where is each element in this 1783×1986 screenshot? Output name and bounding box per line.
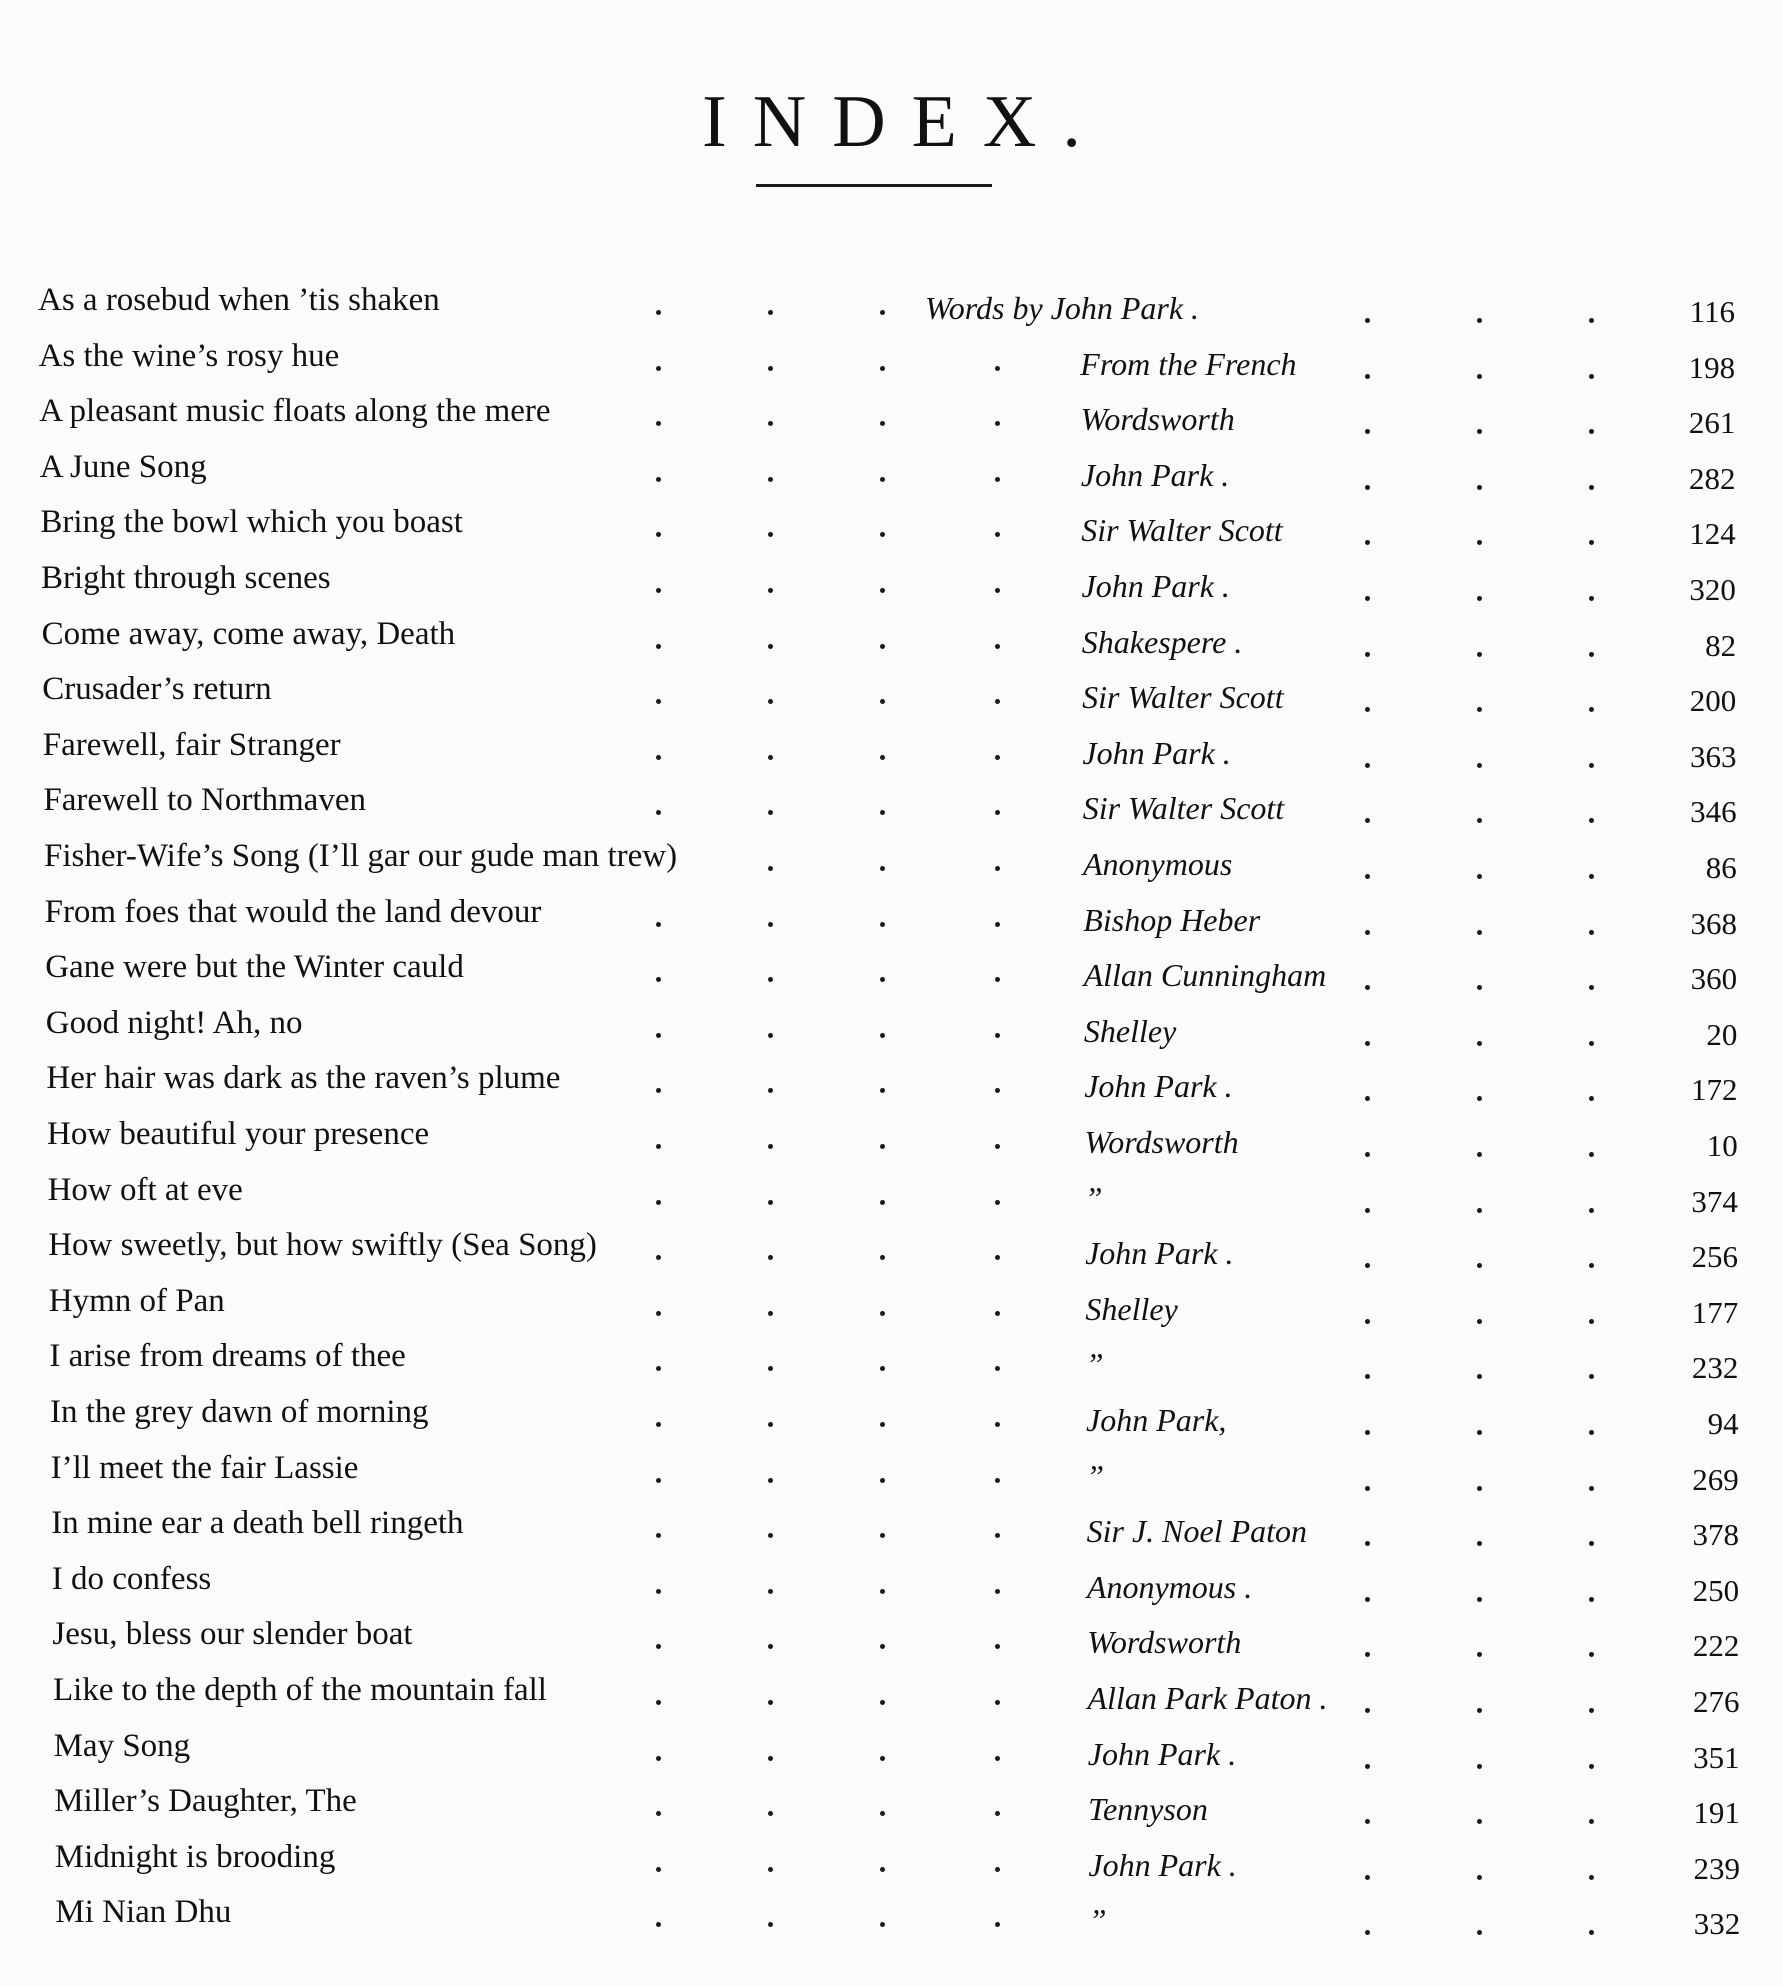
leader-dot <box>995 810 1000 815</box>
leader-dot <box>1477 1486 1482 1491</box>
leader-dot <box>995 1033 1000 1038</box>
leader-dot <box>1477 1041 1482 1046</box>
leader-dot <box>1589 1152 1594 1157</box>
song-title: As a rosebud when ’tis shaken <box>38 282 440 319</box>
page-number: 269 <box>1649 1462 1739 1498</box>
author-name: Sir Walter Scott <box>1082 679 1283 716</box>
leader-dot <box>1365 763 1370 768</box>
song-title: Mi Nian Dhu <box>55 1894 231 1931</box>
leader-dot <box>1589 1930 1594 1935</box>
leader-dot <box>768 1144 773 1149</box>
leader-dot <box>1477 596 1482 601</box>
leader-dot <box>1365 596 1370 601</box>
leader-dot <box>1365 1374 1370 1379</box>
index-entry: As the wine’s rosy hueFrom the French198 <box>0 338 1783 394</box>
leader-dot <box>880 1589 885 1594</box>
leader-dot <box>1589 1764 1594 1769</box>
leader-dot <box>656 310 661 315</box>
leader-dot <box>1589 1374 1594 1379</box>
leader-dot <box>1477 540 1482 545</box>
page-number: 177 <box>1648 1295 1738 1331</box>
index-entry: Gane were but the Winter cauldAllan Cunn… <box>0 949 1783 1005</box>
leader-dot <box>768 1700 773 1705</box>
page-number: 232 <box>1648 1350 1738 1386</box>
index-entry: Bright through scenesJohn Park .320 <box>0 560 1783 616</box>
index-entry: As a rosebud when ’tis shakenWords by Jo… <box>0 282 1783 338</box>
leader-dot <box>995 477 1000 482</box>
leader-dot <box>656 532 661 537</box>
song-title: Crusader’s return <box>42 671 271 708</box>
page-number: 378 <box>1649 1517 1739 1553</box>
song-title: Fisher-Wife’s Song (I’ll gar our gude ma… <box>44 838 677 875</box>
leader-dot <box>1477 1875 1482 1880</box>
leader-dot <box>768 588 773 593</box>
author-name: Wordsworth <box>1087 1624 1241 1661</box>
leader-dot <box>1589 540 1594 545</box>
leader-dot <box>995 1756 1000 1761</box>
author-name: John Park . <box>1084 1068 1232 1105</box>
page-number: 320 <box>1646 572 1736 608</box>
leader-dot <box>1477 374 1482 379</box>
leader-dot <box>880 810 885 815</box>
leader-dot <box>768 1033 773 1038</box>
leader-dot <box>1589 874 1594 879</box>
leader-dot <box>656 1088 661 1093</box>
page-number: 374 <box>1648 1184 1738 1220</box>
song-title: A June Song <box>40 449 207 486</box>
leader-dot <box>880 1478 885 1483</box>
page-number: 172 <box>1648 1072 1738 1108</box>
leader-dot <box>656 922 661 927</box>
leader-dot <box>1365 1208 1370 1213</box>
leader-dot <box>880 1255 885 1260</box>
leader-dot <box>1589 596 1594 601</box>
page-number: 222 <box>1649 1628 1739 1664</box>
page-number: 124 <box>1646 516 1736 552</box>
leader-dot <box>995 1144 1000 1149</box>
leader-dot <box>1589 1597 1594 1602</box>
leader-dot <box>1365 1597 1370 1602</box>
leader-dot <box>995 1200 1000 1205</box>
leader-dot <box>995 1088 1000 1093</box>
song-title: In the grey dawn of morning <box>50 1394 429 1431</box>
leader-dot <box>1365 1875 1370 1880</box>
author-name: Wordsworth <box>1081 401 1235 438</box>
leader-dot <box>1477 1708 1482 1713</box>
song-title: How oft at eve <box>48 1172 243 1209</box>
song-title: Miller’s Daughter, The <box>54 1783 357 1820</box>
leader-dot <box>1589 1208 1594 1213</box>
leader-dot <box>768 1922 773 1927</box>
leader-dot <box>1365 1930 1370 1935</box>
leader-dot <box>995 699 1000 704</box>
leader-dot <box>995 588 1000 593</box>
page-number: 332 <box>1650 1906 1740 1942</box>
leader-dot <box>1477 1263 1482 1268</box>
leader-dot <box>656 1811 661 1816</box>
leader-dot <box>656 1255 661 1260</box>
index-entry: In mine ear a death bell ringethSir J. N… <box>0 1505 1783 1561</box>
leader-dot <box>768 1088 773 1093</box>
song-title: I arise from dreams of thee <box>49 1338 405 1375</box>
leader-dot <box>1589 652 1594 657</box>
leader-dot <box>995 1644 1000 1649</box>
page-number: 276 <box>1650 1684 1740 1720</box>
leader-dot <box>995 1311 1000 1316</box>
author-name: Tennyson <box>1088 1791 1208 1828</box>
leader-dot <box>1365 318 1370 323</box>
leader-dot <box>1477 1930 1482 1935</box>
leader-dot <box>768 1422 773 1427</box>
leader-dot <box>656 699 661 704</box>
leader-dot <box>768 532 773 537</box>
leader-dot <box>880 1867 885 1872</box>
leader-dot <box>1365 1541 1370 1546</box>
leader-dot <box>1365 985 1370 990</box>
leader-dot <box>768 866 773 871</box>
leader-dot <box>880 1533 885 1538</box>
leader-dot <box>1365 1819 1370 1824</box>
leader-dot <box>995 366 1000 371</box>
leader-dot <box>656 1200 661 1205</box>
leader-dot <box>768 1255 773 1260</box>
leader-dot <box>656 1589 661 1594</box>
leader-dot <box>1477 1597 1482 1602</box>
leader-dot <box>995 421 1000 426</box>
leader-dot <box>768 810 773 815</box>
leader-dot <box>1477 1541 1482 1546</box>
leader-dot <box>656 588 661 593</box>
author-name: Allan Park Paton . <box>1088 1680 1328 1717</box>
song-title: I do confess <box>52 1561 211 1598</box>
leader-dot <box>1589 1819 1594 1824</box>
leader-dot <box>1589 985 1594 990</box>
leader-dot <box>995 1422 1000 1427</box>
leader-dot <box>656 977 661 982</box>
leader-dot <box>1589 930 1594 935</box>
leader-dot <box>880 922 885 927</box>
leader-dot <box>880 532 885 537</box>
page-number: 368 <box>1647 906 1737 942</box>
leader-dot <box>880 1644 885 1649</box>
index-entry: A June SongJohn Park .282 <box>0 449 1783 505</box>
index-entry: Fisher-Wife’s Song (I’ll gar our gude ma… <box>0 838 1783 894</box>
leader-dot <box>1589 1041 1594 1046</box>
author-name: John Park . <box>1082 568 1230 605</box>
leader-dot <box>880 477 885 482</box>
leader-dot <box>880 1756 885 1761</box>
index-entry: Her hair was dark as the raven’s plumeJo… <box>0 1060 1783 1116</box>
leader-dot <box>656 1867 661 1872</box>
song-title: How beautiful your presence <box>47 1116 429 1153</box>
leader-dot <box>768 1200 773 1205</box>
leader-dot <box>995 1533 1000 1538</box>
leader-dot <box>656 1533 661 1538</box>
leader-dot <box>1589 763 1594 768</box>
page-number: 20 <box>1647 1017 1737 1053</box>
leader-dot <box>656 1756 661 1761</box>
leader-dot <box>1365 874 1370 879</box>
leader-dot <box>1365 707 1370 712</box>
leader-dot <box>1589 1263 1594 1268</box>
leader-dot <box>1365 1152 1370 1157</box>
index-entry: Miller’s Daughter, TheTennyson191 <box>0 1783 1783 1839</box>
leader-dot <box>880 366 885 371</box>
leader-dot <box>1365 1319 1370 1324</box>
leader-dot <box>880 310 885 315</box>
leader-dot <box>995 1366 1000 1371</box>
index-entry: Good night! Ah, noShelley20 <box>0 1005 1783 1061</box>
leader-dot <box>1477 1764 1482 1769</box>
leader-dot <box>1589 374 1594 379</box>
leader-dot <box>1477 874 1482 879</box>
page-number: 116 <box>1645 294 1735 330</box>
leader-dot <box>768 699 773 704</box>
leader-dot <box>1477 1096 1482 1101</box>
leader-dot <box>1477 1319 1482 1324</box>
author-name: Sir Walter Scott <box>1081 512 1282 549</box>
leader-dot <box>1589 429 1594 434</box>
leader-dot <box>1589 485 1594 490</box>
song-title: I’ll meet the fair Lassie <box>51 1450 359 1487</box>
song-title: Her hair was dark as the raven’s plume <box>46 1060 560 1097</box>
author-name: ” <box>1086 1346 1104 1383</box>
leader-dot <box>768 1811 773 1816</box>
index-entry: I’ll meet the fair Lassie”269 <box>0 1450 1783 1506</box>
leader-dot <box>1589 1875 1594 1880</box>
author-name: John Park, <box>1086 1402 1226 1439</box>
leader-dot <box>1589 707 1594 712</box>
leader-dot <box>1589 318 1594 323</box>
index-entry: Crusader’s returnSir Walter Scott200 <box>0 671 1783 727</box>
index-entry: Farewell to NorthmavenSir Walter Scott34… <box>0 782 1783 838</box>
leader-dot <box>1365 374 1370 379</box>
page-number: 191 <box>1650 1795 1740 1831</box>
index-entry: Hymn of PanShelley177 <box>0 1283 1783 1339</box>
leader-dot <box>880 977 885 982</box>
leader-dot <box>1477 652 1482 657</box>
leader-dot <box>768 1756 773 1761</box>
leader-dot <box>880 866 885 871</box>
index-entry: A pleasant music floats along the mereWo… <box>0 393 1783 449</box>
song-title: Jesu, bless our slender boat <box>52 1616 412 1653</box>
leader-dot <box>995 1811 1000 1816</box>
leader-dot <box>768 1533 773 1538</box>
leader-dot <box>995 922 1000 927</box>
leader-dot <box>1477 1374 1482 1379</box>
leader-dot <box>656 755 661 760</box>
page-number: 82 <box>1646 628 1736 664</box>
leader-dot <box>880 1422 885 1427</box>
leader-dot <box>1365 429 1370 434</box>
leader-dot <box>1589 1096 1594 1101</box>
title-divider <box>756 184 992 187</box>
author-name: Shelley <box>1084 1013 1176 1050</box>
leader-dot <box>768 1644 773 1649</box>
leader-dot <box>995 1867 1000 1872</box>
leader-dot <box>880 1311 885 1316</box>
leader-dot <box>768 1311 773 1316</box>
page-number: 250 <box>1649 1573 1739 1609</box>
song-title: Farewell, fair Stranger <box>43 727 341 764</box>
index-entry: I arise from dreams of thee”232 <box>0 1338 1783 1394</box>
song-title: Hymn of Pan <box>49 1283 225 1320</box>
leader-dot <box>768 421 773 426</box>
leader-dot <box>1365 1486 1370 1491</box>
song-title: Come away, come away, Death <box>42 616 456 653</box>
song-title: From foes that would the land devour <box>45 894 542 931</box>
index-entry: Farewell, fair StrangerJohn Park .363 <box>0 727 1783 783</box>
author-name: ” <box>1086 1458 1104 1495</box>
leader-dot <box>880 1922 885 1927</box>
leader-dot <box>656 1311 661 1316</box>
author-name: Anonymous . <box>1087 1569 1252 1606</box>
page-number: 256 <box>1648 1239 1738 1275</box>
leader-dot <box>880 421 885 426</box>
index-entry: May SongJohn Park .351 <box>0 1728 1783 1784</box>
page-number: 200 <box>1646 683 1736 719</box>
page-number: 360 <box>1647 961 1737 997</box>
leader-dot <box>1477 707 1482 712</box>
leader-dot <box>1477 318 1482 323</box>
song-title: A pleasant music floats along the mere <box>39 393 550 430</box>
page-number: 261 <box>1645 405 1735 441</box>
author-name: Words by John Park . <box>925 290 1199 327</box>
index-entry: Midnight is broodingJohn Park .239 <box>0 1839 1783 1895</box>
author-name: John Park . <box>1088 1736 1236 1773</box>
index-entry: Come away, come away, DeathShakespere .8… <box>0 616 1783 672</box>
leader-dot <box>656 421 661 426</box>
leader-dot <box>1589 1486 1594 1491</box>
leader-dot <box>1477 985 1482 990</box>
page-title: INDEX. <box>0 80 1783 165</box>
leader-dot <box>995 1922 1000 1927</box>
leader-dot <box>656 1422 661 1427</box>
index-entry: How oft at eve”374 <box>0 1172 1783 1228</box>
leader-dot <box>995 532 1000 537</box>
page-number: 351 <box>1650 1740 1740 1776</box>
leader-dot <box>995 1700 1000 1705</box>
leader-dot <box>1365 1041 1370 1046</box>
leader-dot <box>1365 818 1370 823</box>
leader-dot <box>880 588 885 593</box>
leader-dot <box>880 1033 885 1038</box>
leader-dot <box>1477 1152 1482 1157</box>
leader-dot <box>995 977 1000 982</box>
leader-dot <box>768 477 773 482</box>
leader-dot <box>656 810 661 815</box>
author-name: John Park . <box>1081 457 1229 494</box>
author-name: Sir Walter Scott <box>1083 790 1284 827</box>
song-title: Good night! Ah, no <box>46 1005 303 1042</box>
page-number: 86 <box>1647 850 1737 886</box>
leader-dot <box>656 1144 661 1149</box>
leader-dot <box>1477 1652 1482 1657</box>
page-number: 94 <box>1649 1406 1739 1442</box>
leader-dot <box>656 1644 661 1649</box>
leader-dot <box>768 310 773 315</box>
leader-dot <box>1589 1430 1594 1435</box>
leader-dot <box>768 922 773 927</box>
leader-dot <box>768 366 773 371</box>
index-entry: From foes that would the land devourBish… <box>0 894 1783 950</box>
leader-dot <box>656 477 661 482</box>
leader-dot <box>1365 1652 1370 1657</box>
leader-dot <box>995 866 1000 871</box>
leader-dot <box>768 1366 773 1371</box>
leader-dot <box>880 755 885 760</box>
index-entry: Like to the depth of the mountain fallAl… <box>0 1672 1783 1728</box>
leader-dot <box>768 644 773 649</box>
leader-dot <box>880 1700 885 1705</box>
song-title: In mine ear a death bell ringeth <box>51 1505 463 1542</box>
leader-dot <box>1477 485 1482 490</box>
index-entry: Mi Nian Dhu”332 <box>0 1894 1783 1950</box>
author-name: Shakespere . <box>1082 624 1243 661</box>
leader-dot <box>768 755 773 760</box>
leader-dot <box>880 644 885 649</box>
song-title: Bring the bowl which you boast <box>40 504 463 541</box>
leader-dot <box>656 1033 661 1038</box>
leader-dot <box>656 644 661 649</box>
leader-dot <box>1365 1096 1370 1101</box>
leader-dot <box>995 1478 1000 1483</box>
index-entry: I do confessAnonymous .250 <box>0 1561 1783 1617</box>
song-title: Bright through scenes <box>41 560 331 597</box>
song-title: Midnight is brooding <box>55 1839 336 1876</box>
leader-dot <box>656 1366 661 1371</box>
leader-dot <box>1589 1319 1594 1324</box>
index-entry: How beautiful your presenceWordsworth10 <box>0 1116 1783 1172</box>
leader-dot <box>1365 485 1370 490</box>
leader-dot <box>1477 763 1482 768</box>
author-name: ” <box>1089 1902 1107 1939</box>
page-number: 346 <box>1647 794 1737 830</box>
author-name: Sir J. Noel Paton <box>1087 1513 1307 1550</box>
leader-dot <box>656 1478 661 1483</box>
leader-dot <box>768 1478 773 1483</box>
song-title: Like to the depth of the mountain fall <box>53 1672 547 1709</box>
page-number: 239 <box>1650 1851 1740 1887</box>
leader-dot <box>880 1144 885 1149</box>
leader-dot <box>1477 930 1482 935</box>
song-title: How sweetly, but how swiftly (Sea Song) <box>48 1227 597 1264</box>
index-entry: Jesu, bless our slender boatWordsworth22… <box>0 1616 1783 1672</box>
leader-dot <box>1477 429 1482 434</box>
leader-dot <box>1477 1208 1482 1213</box>
leader-dot <box>1365 1764 1370 1769</box>
leader-dot <box>1365 1263 1370 1268</box>
leader-dot <box>880 1811 885 1816</box>
leader-dot <box>656 1922 661 1927</box>
leader-dot <box>1589 1652 1594 1657</box>
leader-dot <box>880 1200 885 1205</box>
leader-dot <box>768 977 773 982</box>
leader-dot <box>995 755 1000 760</box>
index-entry: Bring the bowl which you boastSir Walter… <box>0 504 1783 560</box>
leader-dot <box>1589 818 1594 823</box>
leader-dot <box>1365 1708 1370 1713</box>
song-title: May Song <box>54 1728 191 1765</box>
author-name: From the French <box>1080 346 1296 383</box>
leader-dot <box>880 1088 885 1093</box>
song-title: Farewell to Northmaven <box>43 782 366 819</box>
author-name: Wordsworth <box>1085 1124 1239 1161</box>
song-title: Gane were but the Winter cauld <box>45 949 464 986</box>
author-name: Shelley <box>1085 1291 1177 1328</box>
page-number: 282 <box>1646 461 1736 497</box>
page-number: 198 <box>1645 350 1735 386</box>
